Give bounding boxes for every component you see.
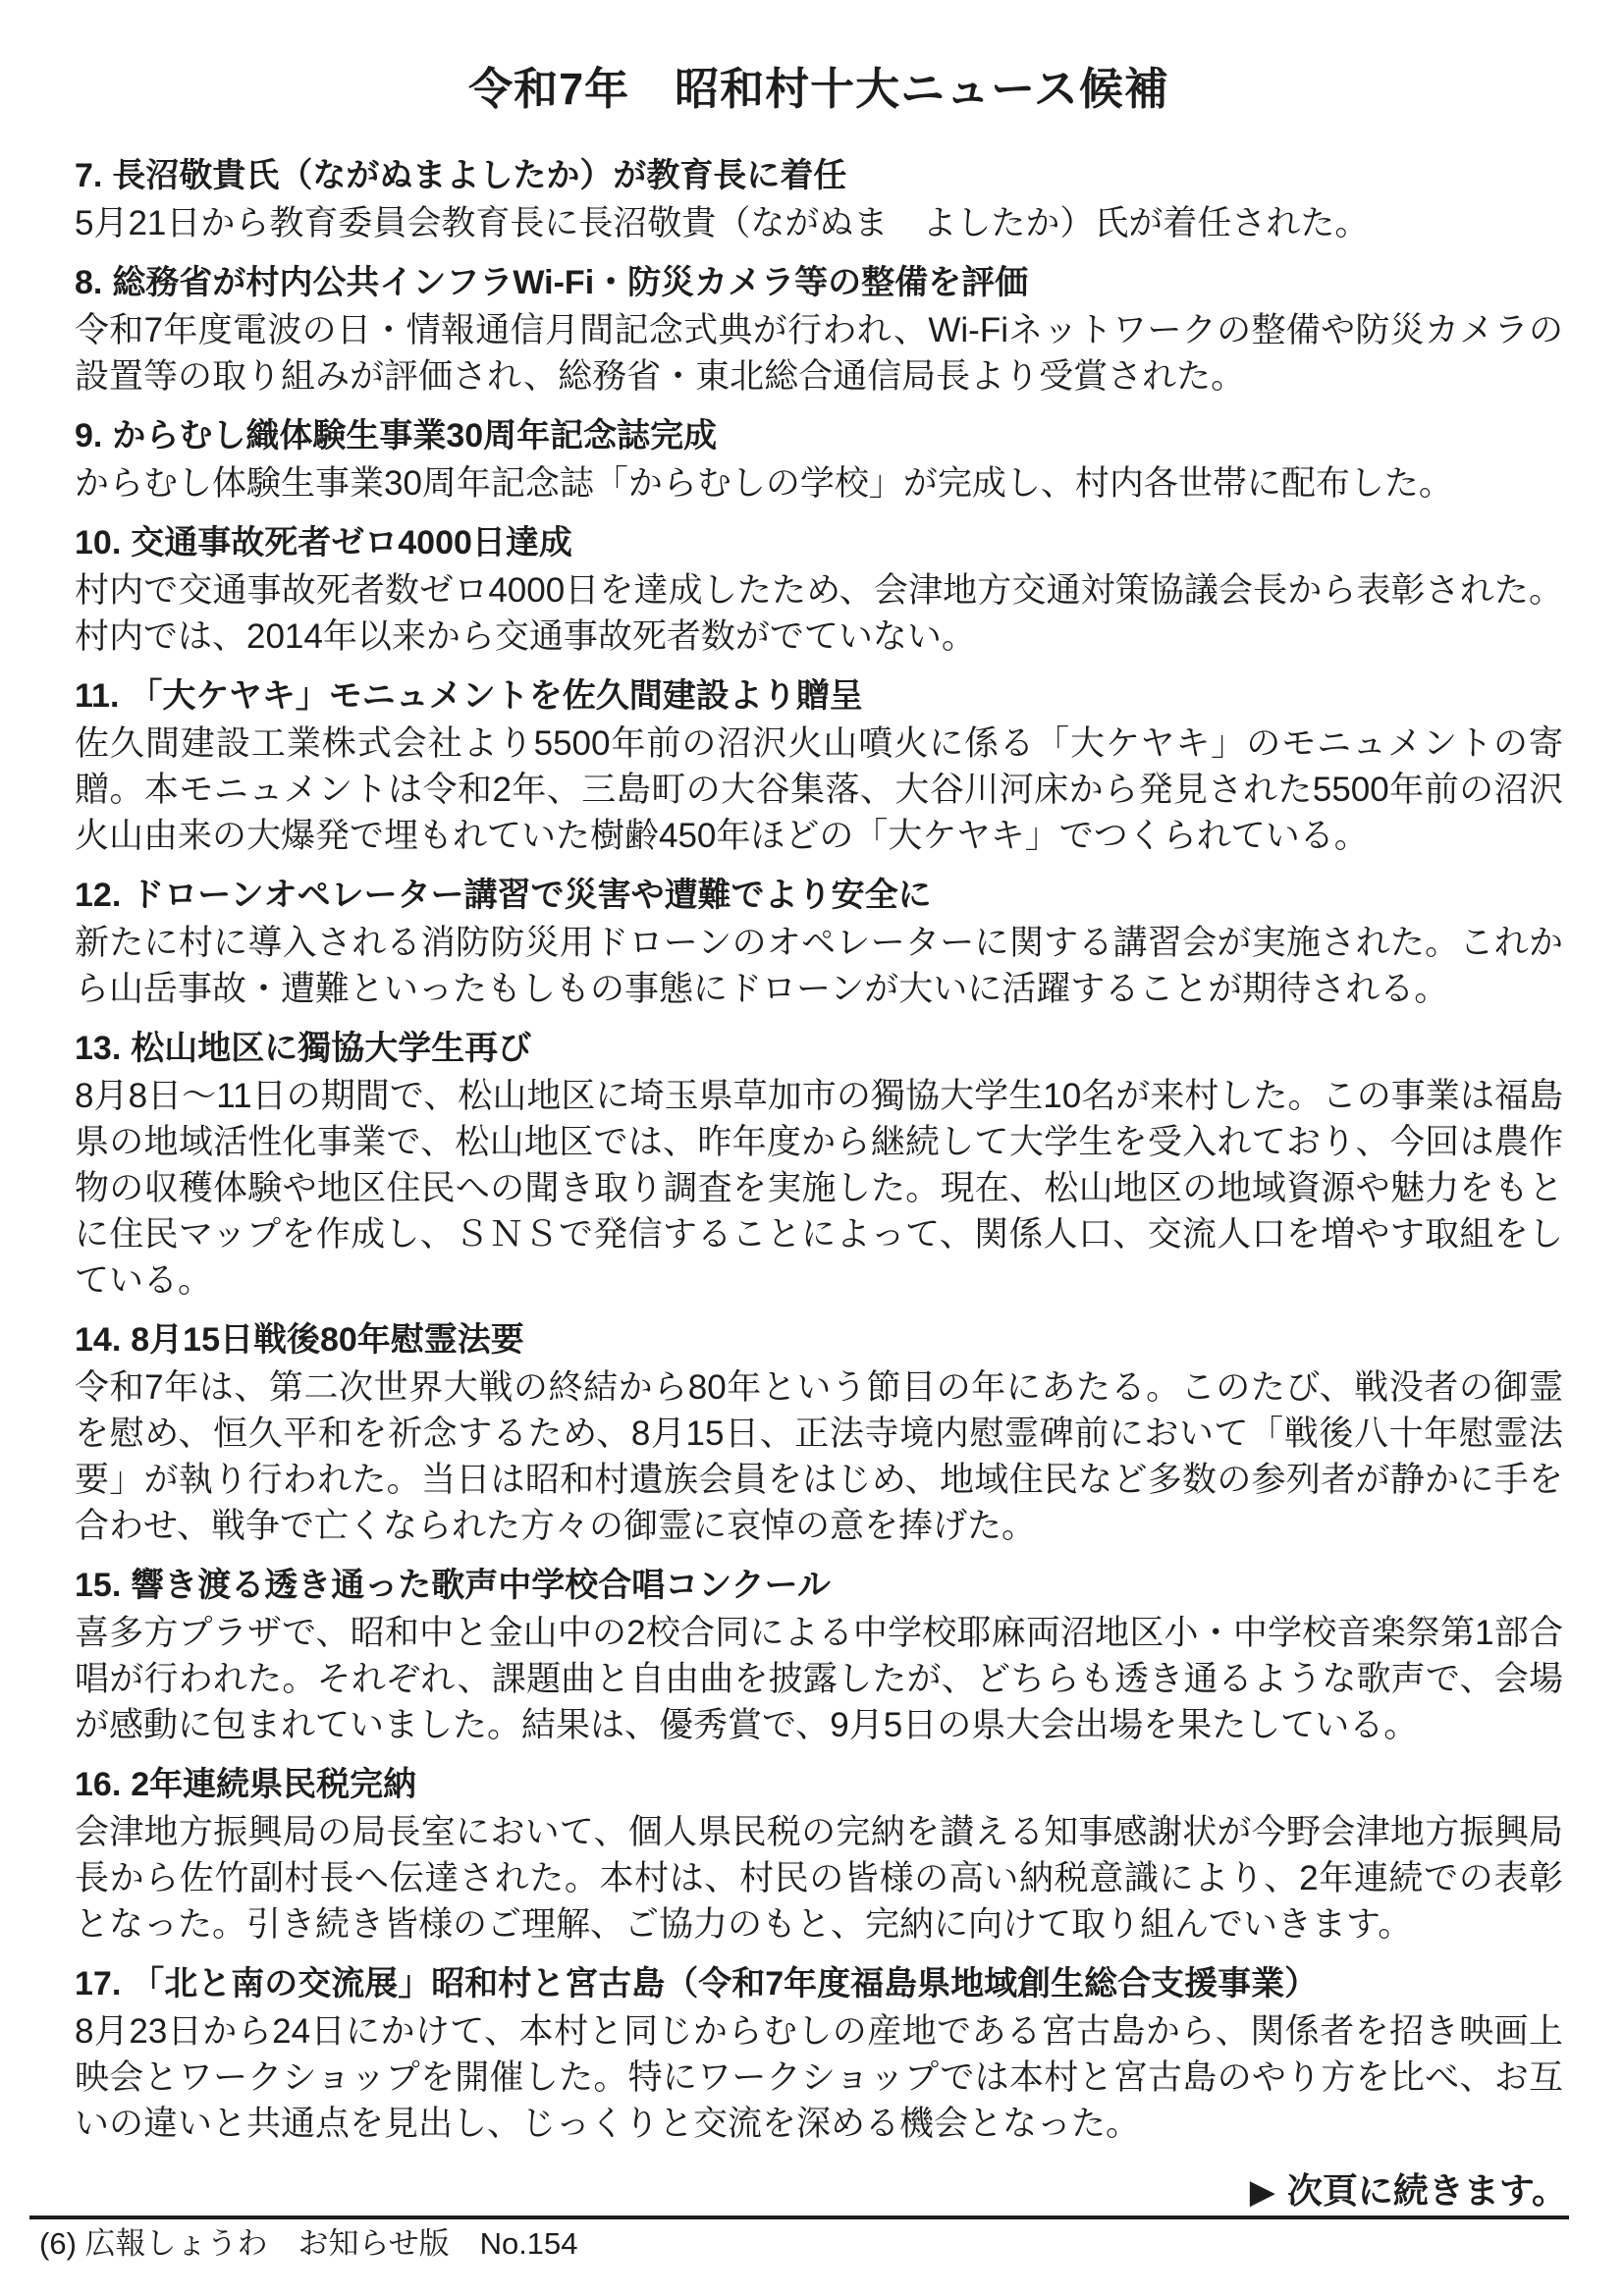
news-item: 7.長沼敬貴氏（ながぬまよしたか）が教育長に着任 5月21日から教育委員会教育長… <box>75 154 1563 246</box>
news-item-heading: 9.からむし織体験生事業30周年記念誌完成 <box>75 414 1563 457</box>
news-item-title: 松山地区に獨協大学生再び <box>131 1030 531 1067</box>
news-item-body: 令和7年は、第二次世界大戦の終結から80年という節目の年にあたる。このたび、戦没… <box>75 1364 1563 1549</box>
page-title: 令和7年 昭和村十大ニュース候補 <box>75 63 1563 116</box>
news-item-number: 15. <box>75 1564 121 1607</box>
news-item: 8.総務省が村内公共インフラWi-Fi・防災カメラ等の整備を評価 令和7年度電波… <box>75 261 1563 400</box>
news-item-number: 14. <box>75 1318 121 1362</box>
news-item: 10.交通事故死者ゼロ4000日達成 村内で交通事故死者数ゼロ4000日を達成し… <box>75 521 1563 660</box>
news-item: 17.「北と南の交流展」昭和村と宮古島（令和7年度福島県地域創生総合支援事業） … <box>75 1962 1563 2147</box>
news-item-number: 16. <box>75 1763 121 1806</box>
news-item-title: 響き渡る透き通った歌声中学校合唱コンクール <box>131 1567 831 1604</box>
news-item: 12.ドローンオペレーター講習で災害や遭難でより安全に 新たに村に導入される消防… <box>75 874 1563 1012</box>
news-item-number: 10. <box>75 521 121 564</box>
news-item-body: 5月21日から教育委員会教育長に長沼敬貴（ながぬま よしたか）氏が着任された。 <box>75 200 1563 246</box>
news-item-body: からむし体験生事業30周年記念誌「からむしの学校」が完成し、村内各世帯に配布した… <box>75 460 1563 507</box>
news-item-title: 「大ケヤキ」モニュメントを佐久間建設より贈呈 <box>129 677 862 715</box>
news-item: 15.響き渡る透き通った歌声中学校合唱コンクール 喜多方プラザで、昭和中と金山中… <box>75 1564 1563 1748</box>
news-item-body: 村内で交通事故死者数ゼロ4000日を達成したため、会津地方交通対策協議会長から表… <box>75 567 1563 660</box>
page-footer-label: (6) 広報しょうわ お知らせ版 No.154 <box>39 2225 578 2263</box>
news-item: 13.松山地区に獨協大学生再び 8月8日～11日の期間で、松山地区に埼玉県草加市… <box>75 1027 1563 1304</box>
news-list: 7.長沼敬貴氏（ながぬまよしたか）が教育長に着任 5月21日から教育委員会教育長… <box>75 116 1563 2147</box>
news-item-heading: 16.2年連続県民税完納 <box>75 1763 1563 1806</box>
news-item-heading: 7.長沼敬貴氏（ながぬまよしたか）が教育長に着任 <box>75 154 1563 197</box>
news-item-number: 8. <box>75 261 102 304</box>
news-item-number: 7. <box>75 154 102 197</box>
news-item-body: 8月23日から24日にかけて、本村と同じからむしの産地である宮古島から、関係者を… <box>75 2008 1563 2147</box>
news-item-heading: 17.「北と南の交流展」昭和村と宮古島（令和7年度福島県地域創生総合支援事業） <box>75 1962 1563 2005</box>
news-item-heading: 11.「大ケヤキ」モニュメントを佐久間建設より贈呈 <box>75 674 1563 718</box>
news-item-body: 喜多方プラザで、昭和中と金山中の2校合同による中学校耶麻両沼地区小・中学校音楽祭… <box>75 1610 1563 1748</box>
news-item-number: 13. <box>75 1027 121 1070</box>
news-item-title: からむし織体験生事業30周年記念誌完成 <box>112 417 717 454</box>
news-item-number: 11. <box>75 674 119 718</box>
news-item-body: 会津地方振興局の局長室において、個人県民税の完納を讃える知事感謝状が今野会津地方… <box>75 1809 1563 1948</box>
news-item-number: 12. <box>75 874 121 917</box>
news-item: 16.2年連続県民税完納 会津地方振興局の局長室において、個人県民税の完納を讃え… <box>75 1763 1563 1948</box>
news-item-heading: 12.ドローンオペレーター講習で災害や遭難でより安全に <box>75 874 1563 917</box>
news-item-heading: 15.響き渡る透き通った歌声中学校合唱コンクール <box>75 1564 1563 1607</box>
news-item: 11.「大ケヤキ」モニュメントを佐久間建設より贈呈 佐久間建設工業株式会社より5… <box>75 674 1563 859</box>
news-item-heading: 14.8月15日戦後80年慰霊法要 <box>75 1318 1563 1362</box>
page-content: 令和7年 昭和村十大ニュース候補 7.長沼敬貴氏（ながぬまよしたか）が教育長に着… <box>75 0 1563 2147</box>
right-arrow-icon: ▶ <box>1250 2172 1275 2212</box>
news-item-title: 総務省が村内公共インフラWi-Fi・防災カメラ等の整備を評価 <box>112 264 1028 301</box>
news-item-heading: 13.松山地区に獨協大学生再び <box>75 1027 1563 1070</box>
news-item-title: ドローンオペレーター講習で災害や遭難でより安全に <box>131 877 931 914</box>
news-item-title: 2年連続県民税完納 <box>131 1766 416 1803</box>
news-item-body: 8月8日～11日の期間で、松山地区に埼玉県草加市の獨協大学生10名が来村した。こ… <box>75 1073 1563 1304</box>
news-item-body: 令和7年度電波の日・情報通信月間記念式典が行われ、Wi-Fiネットワークの整備や… <box>75 307 1563 400</box>
news-item-number: 9. <box>75 414 102 457</box>
news-item-body: 佐久間建設工業株式会社より5500年前の沼沢火山噴火に係る「大ケヤキ」のモニュメ… <box>75 721 1563 859</box>
continue-text: 次頁に続きます。 <box>1287 2170 1567 2211</box>
footer-divider <box>29 2216 1569 2219</box>
news-item-heading: 10.交通事故死者ゼロ4000日達成 <box>75 521 1563 564</box>
news-item-body: 新たに村に導入される消防防災用ドローンのオペレーターに関する講習会が実施された。… <box>75 920 1563 1012</box>
news-item-number: 17. <box>75 1962 121 2005</box>
news-item-title: 交通事故死者ゼロ4000日達成 <box>131 524 572 561</box>
news-item-title: 8月15日戦後80年慰霊法要 <box>131 1321 524 1359</box>
newsletter-page: 令和7年 昭和村十大ニュース候補 7.長沼敬貴氏（ながぬまよしたか）が教育長に着… <box>0 0 1624 2296</box>
continue-notice: ▶次頁に続きます。 <box>1250 2171 1567 2212</box>
news-item-title: 「北と南の交流展」昭和村と宮古島（令和7年度福島県地域創生総合支援事業） <box>131 1965 1318 2002</box>
news-item-title: 長沼敬貴氏（ながぬまよしたか）が教育長に着任 <box>112 157 846 194</box>
news-item: 9.からむし織体験生事業30周年記念誌完成 からむし体験生事業30周年記念誌「か… <box>75 414 1563 507</box>
news-item-heading: 8.総務省が村内公共インフラWi-Fi・防災カメラ等の整備を評価 <box>75 261 1563 304</box>
news-item: 14.8月15日戦後80年慰霊法要 令和7年は、第二次世界大戦の終結から80年と… <box>75 1318 1563 1549</box>
